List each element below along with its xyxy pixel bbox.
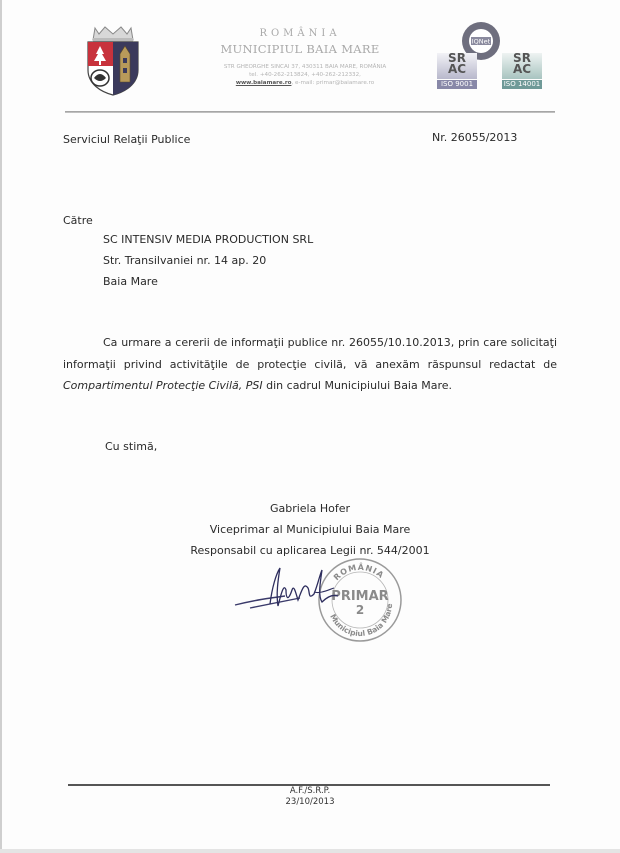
iso-14001-label: ISO 14001 [502,80,542,89]
iso-14001-badge: SR AC ISO 14001 [502,53,542,89]
recipient-company: SC INTENSIV MEDIA PRODUCTION SRL [103,233,313,246]
body-text-start: Ca urmare a cererii de informaţii public… [63,336,557,371]
svg-text:IQNet: IQNet [472,38,491,46]
signer-name: Gabriela Hofer [170,498,450,519]
recipient-salutation: Către [63,214,93,227]
body-emphasis: Compartimentul Protecţie Civilă, PSI [63,379,263,392]
page-edge [0,0,2,853]
letterhead-address: STR GHEORGHE SINCAI 37, 430311 BAIA MARE… [170,64,440,70]
letterhead-contact: www.baiamare.ro, e-mail: primar@baiamare… [170,80,440,86]
footer: A.F./S.R.P. 23/10/2013 [200,786,420,808]
srac-mark-icon: SR AC [437,53,477,79]
email-link[interactable]: primar@baiamare.ro [316,80,374,86]
footer-initials: A.F./S.R.P. [200,786,420,797]
signer-role: Responsabil cu aplicarea Legii nr. 544/2… [170,540,450,561]
signer-block: Gabriela Hofer Viceprimar al Municipiulu… [170,498,450,561]
email-label: e-mail: [295,80,314,86]
closing: Cu stimă, [105,440,157,453]
signer-title: Viceprimar al Municipiului Baia Mare [170,519,450,540]
footer-date: 23/10/2013 [200,797,420,808]
header-divider [65,111,555,113]
letterhead-institution: MUNICIPIUL BAIA MARE [180,42,420,56]
recipient-city: Baia Mare [103,275,158,288]
iso-9001-label: ISO 9001 [437,80,477,89]
handwritten-signature-icon [230,560,360,625]
coat-of-arms-icon [85,24,141,96]
website-link[interactable]: www.baiamare.ro [236,80,292,86]
reference-number: Nr. 26055/2013 [432,131,517,144]
body-text-end: din cadrul Municipiului Baia Mare. [263,379,452,392]
department: Serviciul Relaţii Publice [63,133,190,146]
letterhead-country: ROMÂNIA [180,28,420,39]
letter-body: Ca urmare a cererii de informaţii public… [63,332,557,397]
letterhead-phones: tel. +40-262-213824, +40-262-212332, [170,72,440,78]
page-bottom-edge [0,849,620,853]
srac-mark-icon: SR AC [502,53,542,79]
recipient-street: Str. Transilvaniei nr. 14 ap. 20 [103,254,266,267]
iso-9001-badge: SR AC ISO 9001 [437,53,477,89]
